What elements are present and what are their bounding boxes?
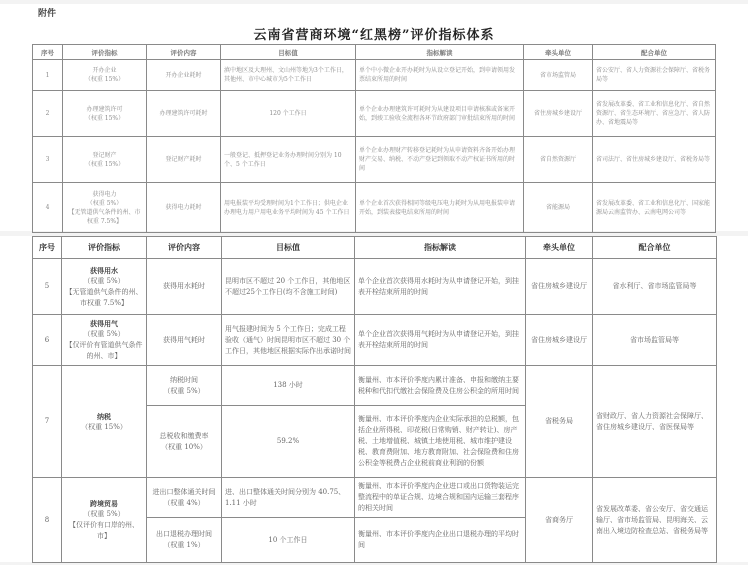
- header-indicator: 评价指标: [63, 45, 147, 60]
- indicator-weight: （权重 5%）: [65, 329, 143, 340]
- indicator-table-1: 序号 评价指标 评价内容 目标值 指标解读 牵头单位 配合单位 1 开办企业（权…: [32, 44, 716, 233]
- indicator-note: 【仅评价有管道供气条件的州、市】: [65, 340, 143, 362]
- row-target: 一般登记、抵押登记业务办理时间分别为 10 个、5 个工作日: [221, 137, 356, 183]
- row-interpretation: 单个企业首次获得用水耗时为从申请登记开始，到挂表开栓结束所用的时间: [355, 259, 526, 315]
- indicator-name: 获得用水: [65, 265, 143, 276]
- header-interpretation: 指标解读: [355, 237, 526, 259]
- subitem-weight: （权重 5%）: [150, 386, 218, 397]
- header-support-unit: 配合单位: [593, 237, 717, 259]
- row-support-unit: 省公安厅、省人力资源社会保障厅、省税务局等: [593, 60, 716, 91]
- indicator-weight: （权重 15%）: [66, 114, 143, 123]
- indicator-weight: （权重 5%）: [65, 509, 143, 520]
- indicator-weight: （权重 15%）: [66, 160, 143, 169]
- row-no: 6: [33, 315, 62, 366]
- table-row: 5 获得用水（权重 5%）【无管道供气条件的州、市权重 7.5%】 获得用水耗时…: [33, 259, 717, 315]
- row-target: 用电报装平均受理时间为1个工作日；供电企业办理电力用户用电业务平均时间为 45 …: [221, 183, 356, 233]
- row-indicator: 开办企业（权重 15%）: [63, 60, 147, 91]
- header-no: 序号: [33, 237, 62, 259]
- table-row: 7 纳税（权重 15%） 纳税时间（权重 5%） 138 小时 衡量州、市本评价…: [33, 366, 717, 406]
- row-target: 59.2%: [222, 406, 355, 478]
- indicator-note: 【无管道供气条件的州、市权重 7.5%】: [65, 287, 143, 309]
- row-interpretation: 单个企业办理财产转移登记耗时为从申请资料齐备开始办理财产交易、纳税、不动产登记到…: [356, 137, 524, 183]
- row-indicator: 获得用水（权重 5%）【无管道供气条件的州、市权重 7.5%】: [62, 259, 147, 315]
- subitem-weight: （权重 1%）: [150, 540, 218, 551]
- subitem-name: 纳税时间: [150, 375, 218, 386]
- row-target: 10 个工作日: [222, 518, 355, 563]
- row-indicator: 办理建筑许可（权重 15%）: [63, 91, 147, 137]
- subitem-name: 出口退税办理时间: [150, 529, 218, 540]
- indicator-weight: （权重 5%）: [65, 276, 143, 287]
- indicator-name: 获得电力: [66, 190, 143, 199]
- row-target: 用气报建时间为 5 个工作日；完成工程验收（通气）时间昆明市区不超过 30 个工…: [222, 315, 355, 366]
- header-content: 评价内容: [147, 237, 222, 259]
- header-support-unit: 配合单位: [593, 45, 716, 60]
- row-subcontent: 纳税时间（权重 5%）: [147, 366, 222, 406]
- table-row: 6 获得用气（权重 5%）【仅评价有管道供气条件的州、市】 获得用气耗时 用气报…: [33, 315, 717, 366]
- row-no: 3: [33, 137, 63, 183]
- row-lead-unit: 省能源局: [524, 183, 593, 233]
- table-header-row: 序号 评价指标 评价内容 目标值 指标解读 牵头单位 配合单位: [33, 237, 717, 259]
- row-indicator: 获得电力（权重 5%）【无管道供气条件的州、市权重 7.5%】: [63, 183, 147, 233]
- indicator-name: 登记财产: [66, 151, 143, 160]
- header-content: 评价内容: [147, 45, 221, 60]
- indicator-name: 纳税: [65, 411, 143, 422]
- table-header-row: 序号 评价指标 评价内容 目标值 指标解读 牵头单位 配合单位: [33, 45, 716, 60]
- row-no: 4: [33, 183, 63, 233]
- row-interpretation: 衡量州、市本评价季度内企业实际承担的总税额，包括企业所得税、印花税(日常购销、财…: [355, 406, 526, 478]
- row-subcontent: 总税收和缴费率（权重 10%）: [147, 406, 222, 478]
- row-no: 5: [33, 259, 62, 315]
- row-target: 进、出口整体通关时间分别为 40.75、1.11 小时: [222, 478, 355, 518]
- row-lead-unit: 省住房城乡建设厅: [526, 315, 593, 366]
- row-support-unit: 省水利厅、省市场监管局等: [593, 259, 717, 315]
- row-interpretation: 衡量州、市本评价季度内企业出口退税办理的平均时间: [355, 518, 526, 563]
- row-interpretation: 单个中小微企业开办耗时为从设立登记开始，到申请领用发票结束所用的时间: [356, 60, 524, 91]
- row-support-unit: 省发展改革委、省工业和信息化厅、省自然资源厅、省生态环境厅、省应急厅、省人防办、…: [593, 91, 716, 137]
- row-support-unit: 省财政厅、省人力资源社会保障厅、省住房城乡建设厅、省医保局等: [593, 366, 717, 478]
- row-content: 获得用气耗时: [147, 315, 222, 366]
- header-target: 目标值: [221, 45, 356, 60]
- header-lead-unit: 牵头单位: [524, 45, 593, 60]
- row-lead-unit: 省市场监管局: [524, 60, 593, 91]
- row-no: 7: [33, 366, 62, 478]
- row-indicator: 登记财产（权重 15%）: [63, 137, 147, 183]
- subitem-weight: （权重 4%）: [150, 498, 218, 509]
- row-no: 1: [33, 60, 63, 91]
- row-content: 开办企业耗时: [147, 60, 221, 91]
- row-support-unit: 省发展改革委、省公安厅、省交通运输厅、省市场监管局、昆明海关、云南出入境边防检查…: [593, 478, 717, 563]
- indicator-name: 获得用气: [65, 318, 143, 329]
- header-interpretation: 指标解读: [356, 45, 524, 60]
- row-content: 获得电力耗时: [147, 183, 221, 233]
- row-subcontent: 进出口整体通关时间（权重 4%）: [147, 478, 222, 518]
- row-indicator: 获得用气（权重 5%）【仅评价有管道供气条件的州、市】: [62, 315, 147, 366]
- row-support-unit: 省司法厅、省住房城乡建设厅、省税务局等: [593, 137, 716, 183]
- indicator-note: 【无管道供气条件的州、市权重 7.5%】: [66, 208, 143, 226]
- row-interpretation: 单个企业首次获得用气耗时为从申请登记开始，到挂表开栓结束所用的时间: [355, 315, 526, 366]
- table-row: 3 登记财产（权重 15%） 登记财产耗时 一般登记、抵押登记业务办理时间分别为…: [33, 137, 716, 183]
- row-no: 2: [33, 91, 63, 137]
- row-target: 昆明市区不超过 20 个工作日，其他地区不超过25个工作日(均不含施工时间): [222, 259, 355, 315]
- row-lead-unit: 省税务局: [526, 366, 593, 478]
- row-interpretation: 单个企业首次获得相同等级电压电力耗时为从用电报装申请开始，到装表接电结束所用的时…: [356, 183, 524, 233]
- table-row: 8 跨境贸易（权重 5%）【仅评价有口岸的州、市】 进出口整体通关时间（权重 4…: [33, 478, 717, 518]
- row-lead-unit: 省商务厅: [526, 478, 593, 563]
- row-lead-unit: 省住房城乡建设厅: [526, 259, 593, 315]
- row-indicator: 纳税（权重 15%）: [62, 366, 147, 478]
- indicator-table-2: 序号 评价指标 评价内容 目标值 指标解读 牵头单位 配合单位 5 获得用水（权…: [32, 236, 717, 563]
- indicator-name: 开办企业: [66, 66, 143, 75]
- row-lead-unit: 省自然资源厅: [524, 137, 593, 183]
- attachment-label: 附件: [38, 6, 56, 19]
- indicator-name: 办理建筑许可: [66, 105, 143, 114]
- row-content: 获得用水耗时: [147, 259, 222, 315]
- header-no: 序号: [33, 45, 63, 60]
- row-content: 办理建筑许可耗时: [147, 91, 221, 137]
- document-page-2: 序号 评价指标 评价内容 目标值 指标解读 牵头单位 配合单位 5 获得用水（权…: [0, 236, 748, 562]
- table-row: 2 办理建筑许可（权重 15%） 办理建筑许可耗时 120 个工作日 单个企业办…: [33, 91, 716, 137]
- row-indicator: 跨境贸易（权重 5%）【仅评价有口岸的州、市】: [62, 478, 147, 563]
- row-interpretation: 单个企业办理建筑许可耗时为从建设项目申请核准或备案开始，到竣工验收全流程各环节政…: [356, 91, 524, 137]
- document-title: 云南省营商环境“红黑榜”评价指标体系: [0, 24, 748, 43]
- row-target: 滇中地区及大理州、文山州等地为3个工作日，其他州、市中心城市为5个工作日: [221, 60, 356, 91]
- row-lead-unit: 省住房城乡建设厅: [524, 91, 593, 137]
- subitem-weight: （权重 10%）: [150, 442, 218, 453]
- indicator-weight: （权重 15%）: [65, 422, 143, 433]
- indicator-weight: （权重 15%）: [66, 75, 143, 84]
- row-interpretation: 衡量州、市本评价季度内累计准备、申报和缴纳主要税种和代扣代缴社会保险费及住房公积…: [355, 366, 526, 406]
- document-page-1: 附件 云南省营商环境“红黑榜”评价指标体系 序号 评价指标 评价内容 目标值 指…: [0, 4, 748, 231]
- indicator-note: 【仅评价有口岸的州、市】: [65, 520, 143, 542]
- row-interpretation: 衡量州、市本评价季度内企业进口或出口货物装运完整流程中的单证合规、边境合规和国内…: [355, 478, 526, 518]
- header-lead-unit: 牵头单位: [526, 237, 593, 259]
- header-indicator: 评价指标: [62, 237, 147, 259]
- subitem-name: 总税收和缴费率: [150, 431, 218, 442]
- row-support-unit: 省市场监管局等: [593, 315, 717, 366]
- row-content: 登记财产耗时: [147, 137, 221, 183]
- indicator-name: 跨境贸易: [65, 498, 143, 509]
- indicator-weight: （权重 5%）: [66, 199, 143, 208]
- row-support-unit: 省发展改革委、省工业和信息化厅、国家能源局云南监管办、云南电网公司等: [593, 183, 716, 233]
- row-no: 8: [33, 478, 62, 563]
- header-target: 目标值: [222, 237, 355, 259]
- subitem-name: 进出口整体通关时间: [150, 487, 218, 498]
- table-row: 4 获得电力（权重 5%）【无管道供气条件的州、市权重 7.5%】 获得电力耗时…: [33, 183, 716, 233]
- row-subcontent: 出口退税办理时间（权重 1%）: [147, 518, 222, 563]
- row-target: 120 个工作日: [221, 91, 356, 137]
- row-target: 138 小时: [222, 366, 355, 406]
- table-row: 1 开办企业（权重 15%） 开办企业耗时 滇中地区及大理州、文山州等地为3个工…: [33, 60, 716, 91]
